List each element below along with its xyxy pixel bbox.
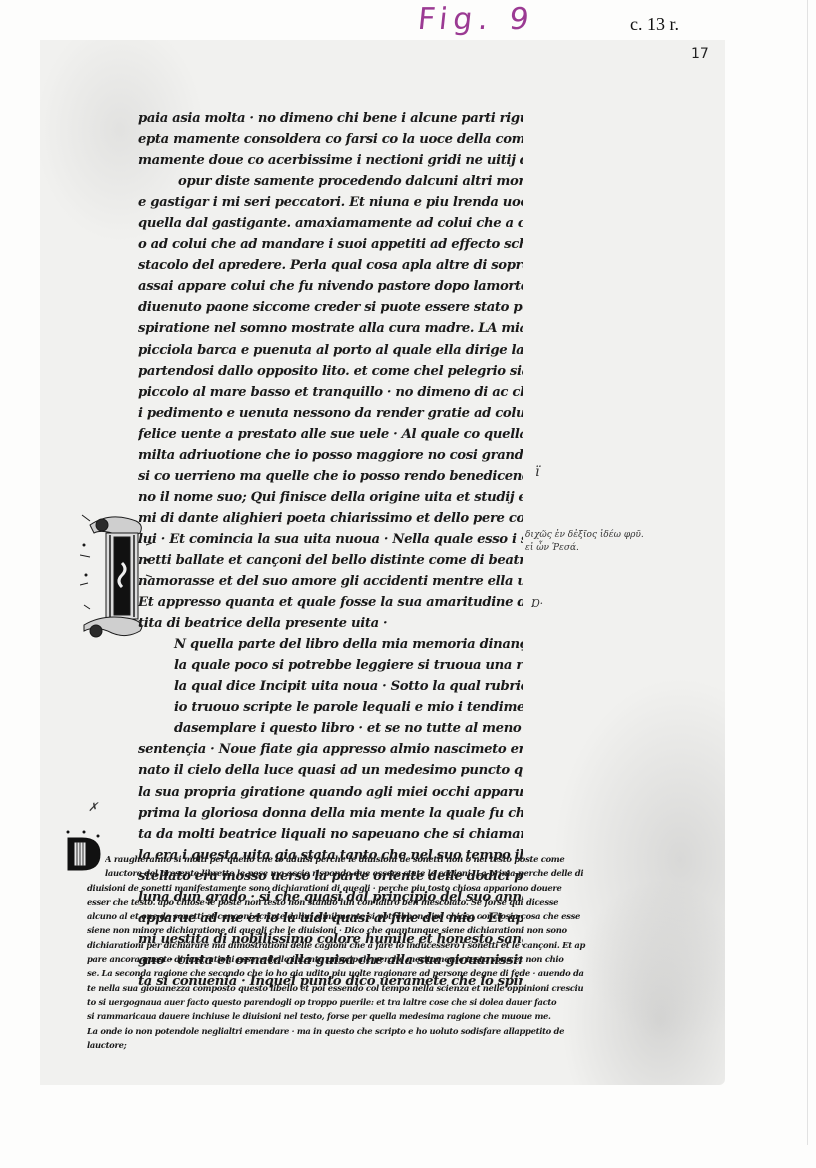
photocopy-sheet-edge xyxy=(807,0,808,1145)
commentary-line: diuisioni de sonetti manifestamente sono… xyxy=(87,881,610,895)
text-line: prima la gloriosa donna della mia mente … xyxy=(138,803,523,824)
page-number: 17 xyxy=(691,46,709,62)
text-line: diuenuto paone siccome creder si puote e… xyxy=(138,297,523,318)
text-line: mi di dante alighieri poeta chiarissimo … xyxy=(138,508,523,529)
figure-label: Fig. 9 xyxy=(416,2,536,37)
text-line: N quella parte del libro della mia memor… xyxy=(138,634,523,655)
commentary-line: pare ancora queste dimostrationi essere … xyxy=(87,952,610,966)
text-line: stacolo del apredere. Perla qual cosa ap… xyxy=(138,255,523,276)
text-line: sentençia · Noue fiate gia appresso almi… xyxy=(138,739,523,760)
text-line: quella dal gastigante. amaxiamamente ad … xyxy=(138,213,523,234)
marginal-greek-note: διχῶς ἐν δἐξῖος ἰδέω φρῦ. εἰ ὧν Ῥεσά. xyxy=(525,529,725,555)
marginal-cross-mark: ✗ xyxy=(88,800,98,814)
text-line: la qual dice Incipit uita noua · Sotto l… xyxy=(138,676,523,697)
text-line: e gastigar i mi seri peccatori. Et niuna… xyxy=(138,192,523,213)
text-line: nato il cielo della luce quasi ad un med… xyxy=(138,760,523,781)
text-line: lui · Et comincia la sua uita nuoua · Ne… xyxy=(138,529,523,550)
text-line: la sua propria giratione quando agli mie… xyxy=(138,782,523,803)
commentary-line: lauctore; xyxy=(87,1038,610,1052)
commentary-line: siene non minore dichiaratione di quegli… xyxy=(87,923,610,937)
text-line: paia asia molta · no dimeno chi bene i a… xyxy=(138,108,523,129)
text-line: piccolo al mare basso et tranquillo · no… xyxy=(138,382,523,403)
commentary-line: dichiarationi per dichiarare ma dimostra… xyxy=(87,938,610,952)
text-line: io truouo scripte le parole lequali e mi… xyxy=(138,697,523,718)
text-line: ta da molti beatrice liquali no sapeuano… xyxy=(138,824,523,845)
commentary-line: se. La seconda ragione che secondo che i… xyxy=(87,966,610,980)
commentary-line: A raugheranno si molti per quello che io… xyxy=(105,852,610,866)
text-line: Et appresso quanta et quale fosse la sua… xyxy=(138,592,523,613)
commentary-line: alcuno al et one de sonetti et cançoni s… xyxy=(87,909,610,923)
marginal-numeral: ï xyxy=(535,464,539,480)
text-line: partendosi dallo opposito lito. et come … xyxy=(138,361,523,382)
text-line: picciola barca e puenuta al porto al qua… xyxy=(138,340,523,361)
folio-reference: c. 13 r. xyxy=(630,14,679,35)
text-line: opur diste samente procedendo dalcuni al… xyxy=(138,171,523,192)
text-line: o ad colui che ad mandare i suoi appetit… xyxy=(138,234,523,255)
commentary-line: te nella sua giouanezza composto questo … xyxy=(87,981,610,995)
text-line: spiratione nel somno mostrate alla cura … xyxy=(138,318,523,339)
text-line: namorasse et del suo amore gli accidenti… xyxy=(138,571,523,592)
text-line: mamente doue co acerbissime i nectioni g… xyxy=(138,150,523,171)
commentary-line: to si uergognaua auer facto questo paren… xyxy=(87,995,610,1009)
text-line: la quale poco si potrebbe leggiere si tr… xyxy=(138,655,523,676)
text-line: i pedimento e uenuta nessono da render g… xyxy=(138,403,523,424)
commentary-line: esser che testo. apo chiose le poste non… xyxy=(87,895,610,909)
text-line: epta mamente consoldera co farsi co la u… xyxy=(138,129,523,150)
text-line: felice uente a prestato alle sue uele · … xyxy=(138,424,523,445)
text-line: dasemplare i questo libro · et se no tut… xyxy=(138,718,523,739)
text-line: no il nome suo; Qui finisce della origin… xyxy=(138,487,523,508)
commentary-block: A raugheranno si molti per quello che io… xyxy=(105,852,610,1052)
marginal-d-mark: Ɒ· xyxy=(531,597,543,610)
text-line: si co uerrieno ma quelle che io posso re… xyxy=(138,466,523,487)
text-line: assai appare colui che fu nivendo pastor… xyxy=(138,276,523,297)
commentary-line: lauctore del presente libretto le pose m… xyxy=(105,866,610,880)
commentary-line: La onde io non potendole neglialtri emen… xyxy=(87,1024,610,1038)
text-line: netti ballate et cançoni del bello disti… xyxy=(138,550,523,571)
text-line: tita di beatrice della presente uita · xyxy=(138,613,523,634)
greek-note-line: εἰ ὧν Ῥεσά. xyxy=(525,542,725,555)
commentary-line: si rammaricaua dauere inchiuse le diuisi… xyxy=(87,1009,610,1023)
text-line: milta adriuotione che io posso maggiore … xyxy=(138,445,523,466)
greek-note-line: διχῶς ἐν δἐξῖος ἰδέω φρῦ. xyxy=(525,529,725,542)
illuminated-initial-d-icon xyxy=(64,830,102,874)
